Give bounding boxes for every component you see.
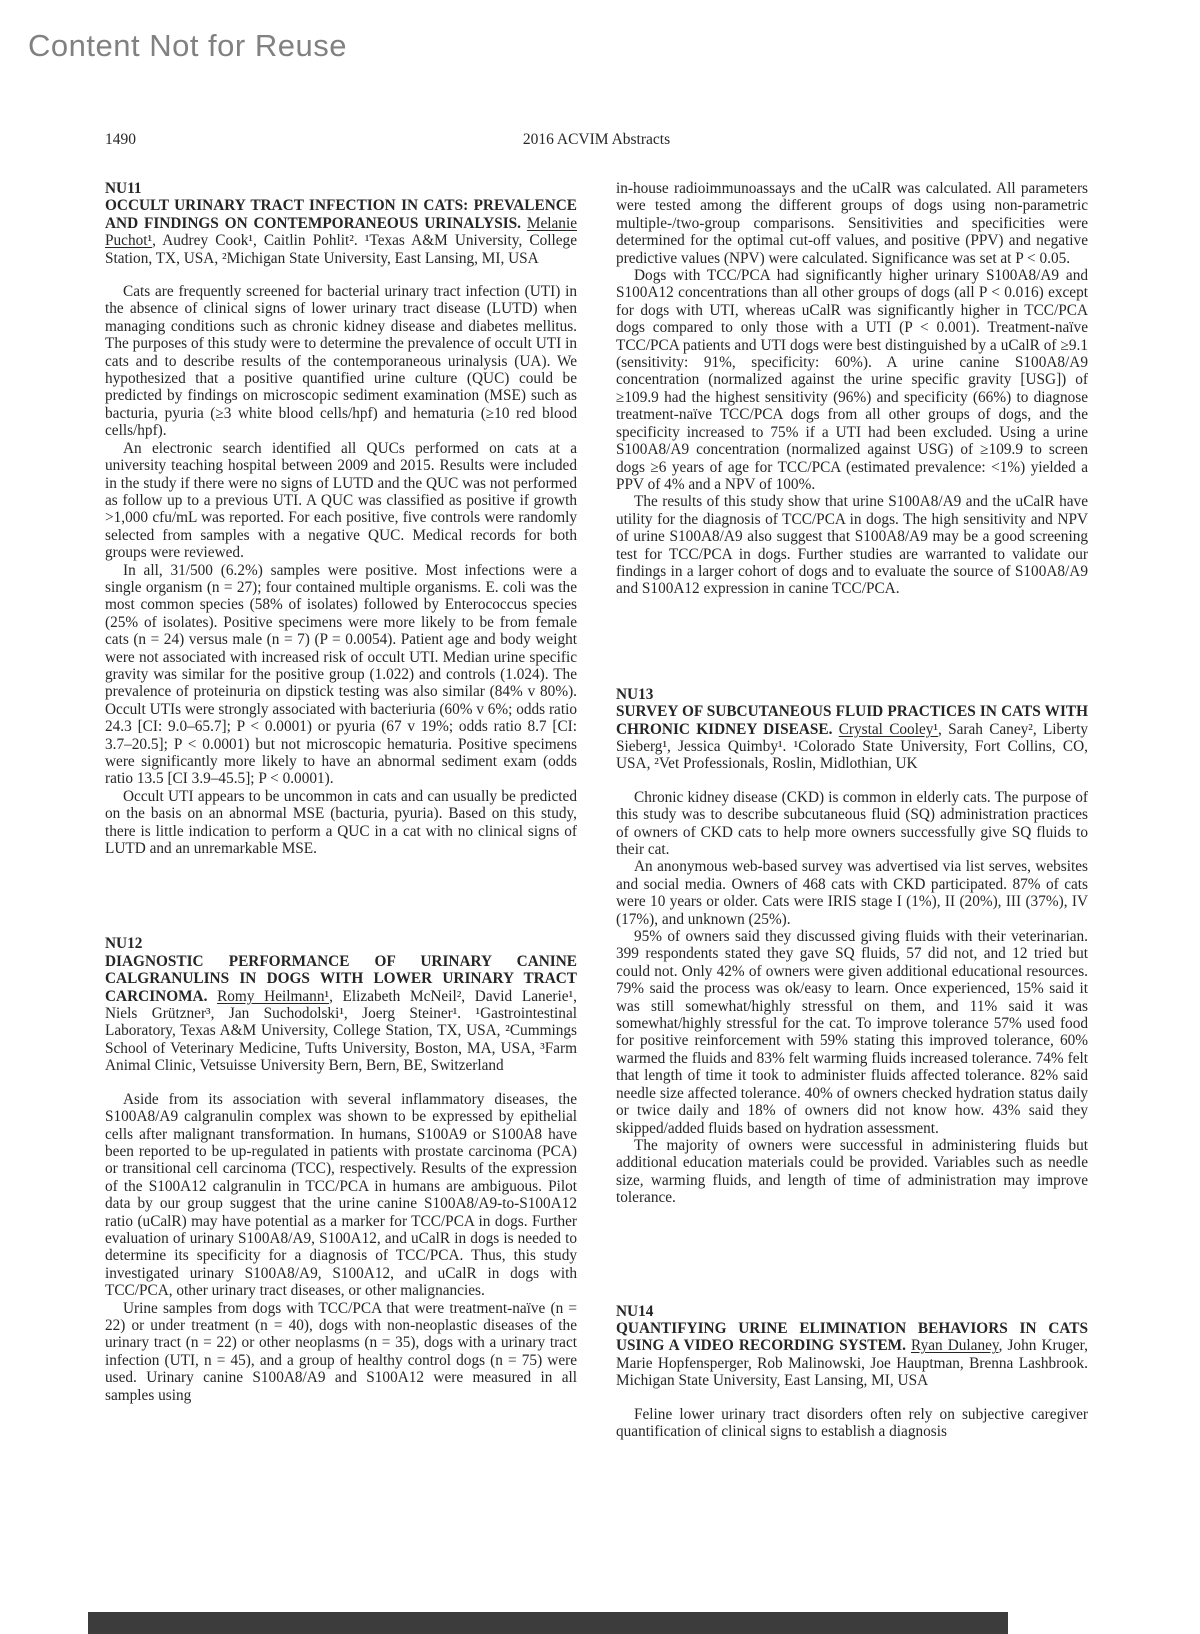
abstract-nu13-code: NU13 — [616, 686, 1088, 703]
abstract-nu12-paragraph: The results of this study show that urin… — [616, 493, 1088, 597]
abstract-nu14-title-authors: QUANTIFYING URINE ELIMINATION BEHAVIORS … — [616, 1320, 1088, 1390]
abstract-nu11-paragraph: Cats are frequently screened for bacteri… — [105, 283, 577, 440]
watermark-text: Content Not for Reuse — [28, 28, 347, 64]
abstract-nu11: NU11 OCCULT URINARY TRACT INFECTION IN C… — [105, 180, 577, 857]
abstract-nu13-title-authors: SURVEY OF SUBCUTANEOUS FLUID PRACTICES I… — [616, 703, 1088, 773]
abstract-nu11-paragraph: An electronic search identified all QUCs… — [105, 440, 577, 562]
abstract-nu13-first-author: Crystal Cooley¹ — [839, 721, 938, 738]
left-column: NU11 OCCULT URINARY TRACT INFECTION IN C… — [105, 180, 577, 1404]
abstract-nu13-paragraph: The majority of owners were successful i… — [616, 1137, 1088, 1207]
abstract-nu11-authors-affiliations: , Audrey Cook¹, Caitlin Pohlit². ¹Texas … — [105, 232, 577, 266]
abstract-nu11-code: NU11 — [105, 180, 577, 197]
abstract-nu12: NU12 DIAGNOSTIC PERFORMANCE OF URINARY C… — [105, 935, 577, 1404]
abstract-nu14-paragraph: Feline lower urinary tract disorders oft… — [616, 1406, 1088, 1441]
abstract-nu12-paragraph: Dogs with TCC/PCA had significantly high… — [616, 267, 1088, 493]
abstract-nu13-paragraph: 95% of owners said they discussed giving… — [616, 928, 1088, 1137]
abstract-nu13-paragraph: An anonymous web-based survey was advert… — [616, 858, 1088, 928]
abstract-nu12-title-authors: DIAGNOSTIC PERFORMANCE OF URINARY CANINE… — [105, 953, 577, 1075]
abstract-nu12-paragraph-continued: in-house radioimmunoassays and the uCalR… — [616, 180, 1088, 267]
abstract-nu11-title: OCCULT URINARY TRACT INFECTION IN CATS: … — [105, 197, 577, 231]
abstract-nu14-code: NU14 — [616, 1303, 1088, 1320]
running-header: 1490 2016 ACVIM Abstracts — [105, 131, 1088, 149]
abstract-nu12-continuation: in-house radioimmunoassays and the uCalR… — [616, 180, 1088, 598]
page-title: 2016 ACVIM Abstracts — [105, 131, 1088, 149]
abstract-nu11-paragraph: In all, 31/500 (6.2%) samples were posit… — [105, 562, 577, 788]
abstracts-page: Content Not for Reuse 1490 2016 ACVIM Ab… — [0, 0, 1200, 1634]
abstract-nu12-paragraph: Urine samples from dogs with TCC/PCA tha… — [105, 1300, 577, 1404]
bottom-redaction-bar — [88, 1612, 1008, 1634]
abstract-nu12-paragraph: Aside from its association with several … — [105, 1091, 577, 1300]
abstract-nu13-paragraph: Chronic kidney disease (CKD) is common i… — [616, 789, 1088, 859]
abstract-nu12-code: NU12 — [105, 935, 577, 952]
abstract-nu12-first-author: Romy Heilmann¹ — [217, 988, 329, 1005]
abstract-nu14-first-author: Ryan Dulaney — [911, 1337, 999, 1354]
abstract-nu14: NU14 QUANTIFYING URINE ELIMINATION BEHAV… — [616, 1303, 1088, 1441]
abstract-nu11-paragraph: Occult UTI appears to be uncommon in cat… — [105, 788, 577, 858]
abstract-nu13: NU13 SURVEY OF SUBCUTANEOUS FLUID PRACTI… — [616, 686, 1088, 1207]
abstract-nu11-title-authors: OCCULT URINARY TRACT INFECTION IN CATS: … — [105, 197, 577, 267]
page-number: 1490 — [105, 131, 136, 149]
right-column: in-house radioimmunoassays and the uCalR… — [616, 180, 1088, 1440]
